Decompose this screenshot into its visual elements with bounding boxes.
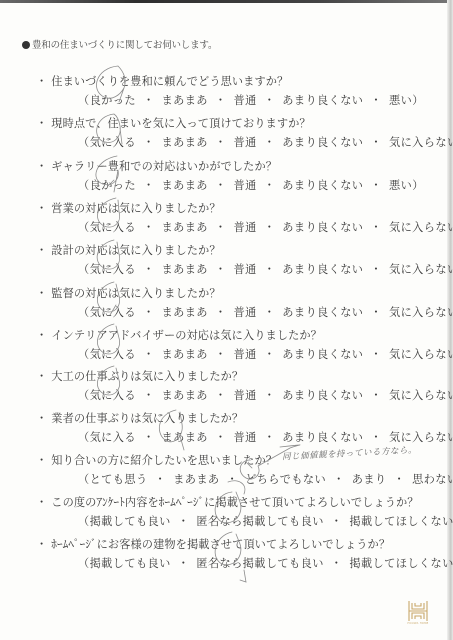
question-text: 大工の仕事ぶりは気に入りましたか？ xyxy=(51,370,243,383)
answer-option[interactable]: 気に入る xyxy=(90,389,136,402)
question-label: ・この度のｱﾝｹｰﾄ内容をﾎｰﾑﾍﾟｰｼﾞに掲載させて頂いてよろしいでしょうか？ xyxy=(36,494,419,510)
bullet-icon xyxy=(22,41,30,49)
answer-option[interactable]: まあまあ xyxy=(162,136,208,149)
separator: ・ xyxy=(333,473,345,486)
answer-option[interactable]: あまり良くない xyxy=(282,431,363,444)
answer-option[interactable]: 良かった xyxy=(90,94,136,107)
answer-option[interactable]: 普通 xyxy=(234,431,257,444)
separator: ・ xyxy=(143,306,155,319)
answer-option[interactable]: 気に入らない xyxy=(389,348,453,361)
answer-option[interactable]: 気に入る xyxy=(90,348,136,361)
separator: ・ xyxy=(143,136,155,149)
bullet: ・ xyxy=(36,202,47,215)
bullet: ・ xyxy=(36,75,47,88)
intro-text: 豊和の住まいづくりに関してお伺いします。 xyxy=(32,40,217,51)
bullet: ・ xyxy=(36,244,47,257)
paren-open: （ xyxy=(78,306,90,319)
bullet: ・ xyxy=(36,496,47,509)
answer-option[interactable]: とても思う xyxy=(90,473,148,486)
paren-open: （ xyxy=(78,557,90,570)
question-text: この度のｱﾝｹｰﾄ内容をﾎｰﾑﾍﾟｰｼﾞに掲載させて頂いてよろしいでしょうか？ xyxy=(51,496,418,509)
answer-option[interactable]: あまり良くない xyxy=(282,348,363,361)
answer-options: （気に入る・まあまあ・普通・あまり良くない・気に入らない） xyxy=(78,134,453,150)
answer-option[interactable]: まあまあ xyxy=(162,263,208,276)
paren-open: （ xyxy=(78,348,90,361)
answer-option[interactable]: あまり良くない xyxy=(282,221,363,234)
answer-option[interactable]: 普通 xyxy=(234,179,257,192)
answer-options: （気に入る・まあまあ・普通・あまり良くない・気に入らない） xyxy=(78,261,453,277)
answer-options: （気に入る・まあまあ・普通・あまり良くない・気に入らない） xyxy=(78,387,453,403)
separator: ・ xyxy=(178,515,190,528)
question-label: ・ギャラリー豊和での対応はいかがでしたか？ xyxy=(36,158,277,174)
answer-option[interactable]: まあまあ xyxy=(162,179,208,192)
answer-option[interactable]: 掲載してほしくない xyxy=(349,515,453,528)
answer-option[interactable]: 気に入る xyxy=(90,306,136,319)
separator: ・ xyxy=(143,348,155,361)
bullet: ・ xyxy=(36,287,47,300)
bullet: ・ xyxy=(36,329,47,342)
paren-open: （ xyxy=(78,221,90,234)
answer-options: （気に入る・まあまあ・普通・あまり良くない・気に入らない） xyxy=(78,429,453,445)
question-text: 設計の対応は気に入りましたか？ xyxy=(51,244,220,257)
answer-option[interactable]: まあまあ xyxy=(162,389,208,402)
survey-intro: 豊和の住まいづくりに関してお伺いします。 xyxy=(22,37,217,51)
paren-open: （ xyxy=(78,179,90,192)
separator: ・ xyxy=(178,557,190,570)
separator: ・ xyxy=(264,179,276,192)
answer-option[interactable]: あまり良くない xyxy=(282,136,363,149)
question-label: ・監督の対応は気に入りましたか？ xyxy=(36,285,221,301)
answer-option[interactable]: 気に入る xyxy=(90,431,136,444)
question-text: 現時点で、住まいを気に入って頂けておりますか？ xyxy=(51,117,310,130)
answer-option[interactable]: 掲載しても良い xyxy=(90,557,171,570)
bullet: ・ xyxy=(36,117,47,130)
paren-open: （ xyxy=(78,136,90,149)
answer-option[interactable]: あまり良くない xyxy=(282,389,363,402)
separator: ・ xyxy=(370,136,382,149)
question-label: ・住まいづくりを豊和に頼んでどう思いますか？ xyxy=(36,73,288,89)
answer-option[interactable]: 掲載しても良い xyxy=(90,515,171,528)
question-label: ・現時点で、住まいを気に入って頂けておりますか？ xyxy=(36,115,311,131)
separator: ・ xyxy=(370,306,382,319)
question-text: 監督の対応は気に入りましたか？ xyxy=(51,287,220,300)
answer-option[interactable]: まあまあ xyxy=(162,94,208,107)
bullet: ・ xyxy=(36,454,47,467)
answer-option[interactable]: 普通 xyxy=(234,94,257,107)
separator: ・ xyxy=(370,94,382,107)
answer-option[interactable]: あまり xyxy=(352,473,387,486)
answer-option[interactable]: まあまあ xyxy=(173,473,219,486)
answer-option[interactable]: あまり良くない xyxy=(282,94,363,107)
question-text: インテリアアドバイザーの対応は気に入りましたか？ xyxy=(51,329,322,342)
answer-option[interactable]: 普通 xyxy=(234,306,257,319)
question-text: 知り合いの方に紹介したいを思いましたか？ xyxy=(51,454,277,467)
question-text: 住まいづくりを豊和に頼んでどう思いますか？ xyxy=(51,75,288,88)
separator: ・ xyxy=(215,431,227,444)
separator: ・ xyxy=(264,94,276,107)
answer-option[interactable]: 普通 xyxy=(234,221,257,234)
paren-open: （ xyxy=(78,431,90,444)
answer-option[interactable]: まあまあ xyxy=(162,348,208,361)
answer-option[interactable]: 悪い xyxy=(389,179,412,192)
answer-option[interactable]: あまり良くない xyxy=(282,306,363,319)
question-label: ・ﾎｰﾑﾍﾟｰｼﾞにお客様の建物を掲載させて頂いてよろしいでしょうか？ xyxy=(36,536,390,552)
houwa-logo-icon xyxy=(407,600,429,622)
separator: ・ xyxy=(215,263,227,276)
answer-options: （掲載しても良い・匿名なら掲載しても良い・掲載してほしくない） xyxy=(78,513,453,529)
separator: ・ xyxy=(227,473,239,486)
separator: ・ xyxy=(215,94,227,107)
logo-caption: HOUWA HOME xyxy=(402,622,434,625)
separator: ・ xyxy=(264,136,276,149)
paren-close: ） xyxy=(412,179,424,192)
paren-open: （ xyxy=(78,473,90,486)
separator: ・ xyxy=(331,557,343,570)
answer-option[interactable]: まあまあ xyxy=(162,306,208,319)
answer-options: （とても思う・まあまあ・どちらでもない・あまり・思わない） xyxy=(78,471,453,487)
separator: ・ xyxy=(264,263,276,276)
scan-edge-top xyxy=(0,0,453,3)
separator: ・ xyxy=(264,431,276,444)
question-text: ﾎｰﾑﾍﾟｰｼﾞにお客様の建物を掲載させて頂いてよろしいでしょうか？ xyxy=(51,538,390,551)
scan-edge-right xyxy=(447,0,453,640)
separator: ・ xyxy=(331,515,343,528)
answer-options: （掲載しても良い・匿名なら掲載しても良い・掲載してほしくない） xyxy=(78,555,453,571)
answer-options: （気に入る・まあまあ・普通・あまり良くない・気に入らない） xyxy=(78,304,453,320)
separator: ・ xyxy=(215,348,227,361)
separator: ・ xyxy=(215,389,227,402)
answer-option[interactable]: 普通 xyxy=(234,348,257,361)
answer-option[interactable]: 気に入らない xyxy=(389,263,453,276)
question-text: ギャラリー豊和での対応はいかがでしたか？ xyxy=(51,160,277,173)
answer-option[interactable]: 匿名なら掲載しても良い xyxy=(196,557,323,570)
question-label: ・知り合いの方に紹介したいを思いましたか？ xyxy=(36,452,277,468)
answer-option[interactable]: 気に入る xyxy=(90,263,136,276)
answer-options: （気に入る・まあまあ・普通・あまり良くない・気に入らない） xyxy=(78,346,453,362)
question-label: ・業者の仕事ぶりは気に入りましたか？ xyxy=(36,410,243,426)
separator: ・ xyxy=(264,389,276,402)
separator: ・ xyxy=(215,306,227,319)
answer-option[interactable]: 思わない xyxy=(412,473,453,486)
paren-open: （ xyxy=(78,263,90,276)
separator: ・ xyxy=(143,263,155,276)
answer-option[interactable]: 普通 xyxy=(234,136,257,149)
separator: ・ xyxy=(370,431,382,444)
separator: ・ xyxy=(370,263,382,276)
answer-option[interactable]: あまり良くない xyxy=(282,263,363,276)
paren-open: （ xyxy=(78,515,90,528)
separator: ・ xyxy=(215,179,227,192)
answer-options: （良かった・まあまあ・普通・あまり良くない・悪い） xyxy=(78,92,424,108)
question-label: ・設計の対応は気に入りましたか？ xyxy=(36,242,221,258)
answer-option[interactable]: 気に入らない xyxy=(389,136,453,149)
separator: ・ xyxy=(215,136,227,149)
bullet: ・ xyxy=(36,160,47,173)
bullet: ・ xyxy=(36,412,47,425)
paren-open: （ xyxy=(78,389,90,402)
answer-option[interactable]: 普通 xyxy=(234,263,257,276)
answer-option[interactable]: 気に入らない xyxy=(389,306,453,319)
paren-close: ） xyxy=(412,94,424,107)
question-label: ・営業の対応は気に入りましたか？ xyxy=(36,200,221,216)
question-text: 営業の対応は気に入りましたか？ xyxy=(51,202,220,215)
bullet: ・ xyxy=(36,370,47,383)
question-label: ・大工の仕事ぶりは気に入りましたか？ xyxy=(36,368,243,384)
separator: ・ xyxy=(264,306,276,319)
separator: ・ xyxy=(370,179,382,192)
separator: ・ xyxy=(143,431,155,444)
separator: ・ xyxy=(370,348,382,361)
answer-option[interactable]: 気に入る xyxy=(90,221,136,234)
question-text: 業者の仕事ぶりは気に入りましたか？ xyxy=(51,412,243,425)
separator: ・ xyxy=(215,221,227,234)
answer-option[interactable]: 気に入らない xyxy=(389,389,453,402)
separator: ・ xyxy=(264,221,276,234)
separator: ・ xyxy=(155,473,167,486)
answer-option[interactable]: まあまあ xyxy=(162,221,208,234)
answer-option[interactable]: あまり良くない xyxy=(282,179,363,192)
answer-option[interactable]: 良かった xyxy=(90,179,136,192)
separator: ・ xyxy=(393,473,405,486)
answer-option[interactable]: 悪い xyxy=(389,94,412,107)
answer-option[interactable]: 気に入る xyxy=(90,136,136,149)
answer-option[interactable]: 掲載してほしくない xyxy=(349,557,453,570)
answer-option[interactable]: 普通 xyxy=(234,389,257,402)
answer-options: （気に入る・まあまあ・普通・あまり良くない・気に入らない） xyxy=(78,219,453,235)
answer-option[interactable]: 気に入らない xyxy=(389,221,453,234)
separator: ・ xyxy=(143,221,155,234)
separator: ・ xyxy=(143,94,155,107)
separator: ・ xyxy=(370,221,382,234)
answer-option[interactable]: 匿名なら掲載しても良い xyxy=(196,515,323,528)
question-label: ・インテリアアドバイザーの対応は気に入りましたか？ xyxy=(36,327,322,343)
separator: ・ xyxy=(264,348,276,361)
answer-option[interactable]: どちらでもない xyxy=(245,473,326,486)
bullet: ・ xyxy=(36,538,47,551)
answer-option[interactable]: まあまあ xyxy=(162,431,208,444)
separator: ・ xyxy=(370,389,382,402)
separator: ・ xyxy=(143,389,155,402)
answer-option[interactable]: 気に入らない xyxy=(389,431,453,444)
answer-options: （良かった・まあまあ・普通・あまり良くない・悪い） xyxy=(78,177,424,193)
handwritten-note: 同じ価値観を持っている方なら。 xyxy=(282,443,417,462)
separator: ・ xyxy=(143,179,155,192)
paren-open: （ xyxy=(78,94,90,107)
